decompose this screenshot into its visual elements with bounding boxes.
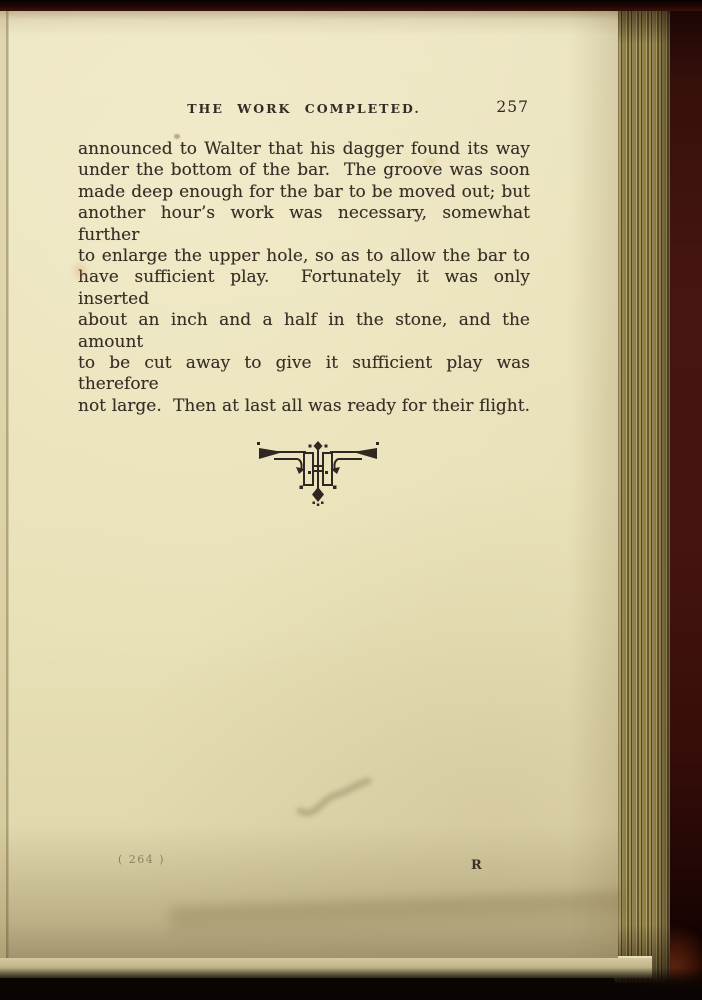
page-smudge-mark: [288, 771, 380, 823]
plate-number: ( 264 ): [118, 853, 165, 866]
page-curl-shadow: [170, 892, 631, 942]
paper-speck: [174, 134, 180, 139]
paper-stain: [74, 264, 86, 278]
running-header-title: THE WORK COMPLETED.: [78, 101, 530, 116]
photo-bottom-edge: [0, 968, 702, 1000]
text-line: another hour’s work was necessary, somew…: [78, 203, 530, 246]
text-line: to enlarge the upper hole, so as to allo…: [78, 246, 530, 267]
printer-tailpiece-ornament-icon: [256, 440, 380, 506]
fore-edge-pages: [614, 5, 670, 983]
text-line: have sufficient play. Fortunately it was…: [78, 267, 530, 310]
text-line: under the bottom of the bar. The groove …: [78, 160, 530, 181]
page-text: announced to Walter that his dagger foun…: [78, 139, 530, 417]
text-line: to be cut away to give it sufficient pla…: [78, 353, 530, 396]
printer-signature-mark: R: [471, 858, 482, 873]
photo-top-edge: [0, 0, 702, 11]
text-line: announced to Walter that his dagger foun…: [78, 139, 530, 160]
paper-stain: [426, 157, 436, 166]
page-header: THE WORK COMPLETED. 257: [78, 101, 530, 119]
book-page: THE WORK COMPLETED. 257 announced to Wal…: [0, 8, 618, 958]
text-line: not large. Then at last all was ready fo…: [78, 396, 530, 417]
text-line: made deep enough for the bar to be moved…: [78, 182, 530, 203]
text-line: about an inch and a half in the stone, a…: [78, 310, 530, 353]
page-number: 257: [496, 98, 529, 116]
book-photo: THE WORK COMPLETED. 257 announced to Wal…: [0, 0, 702, 1000]
